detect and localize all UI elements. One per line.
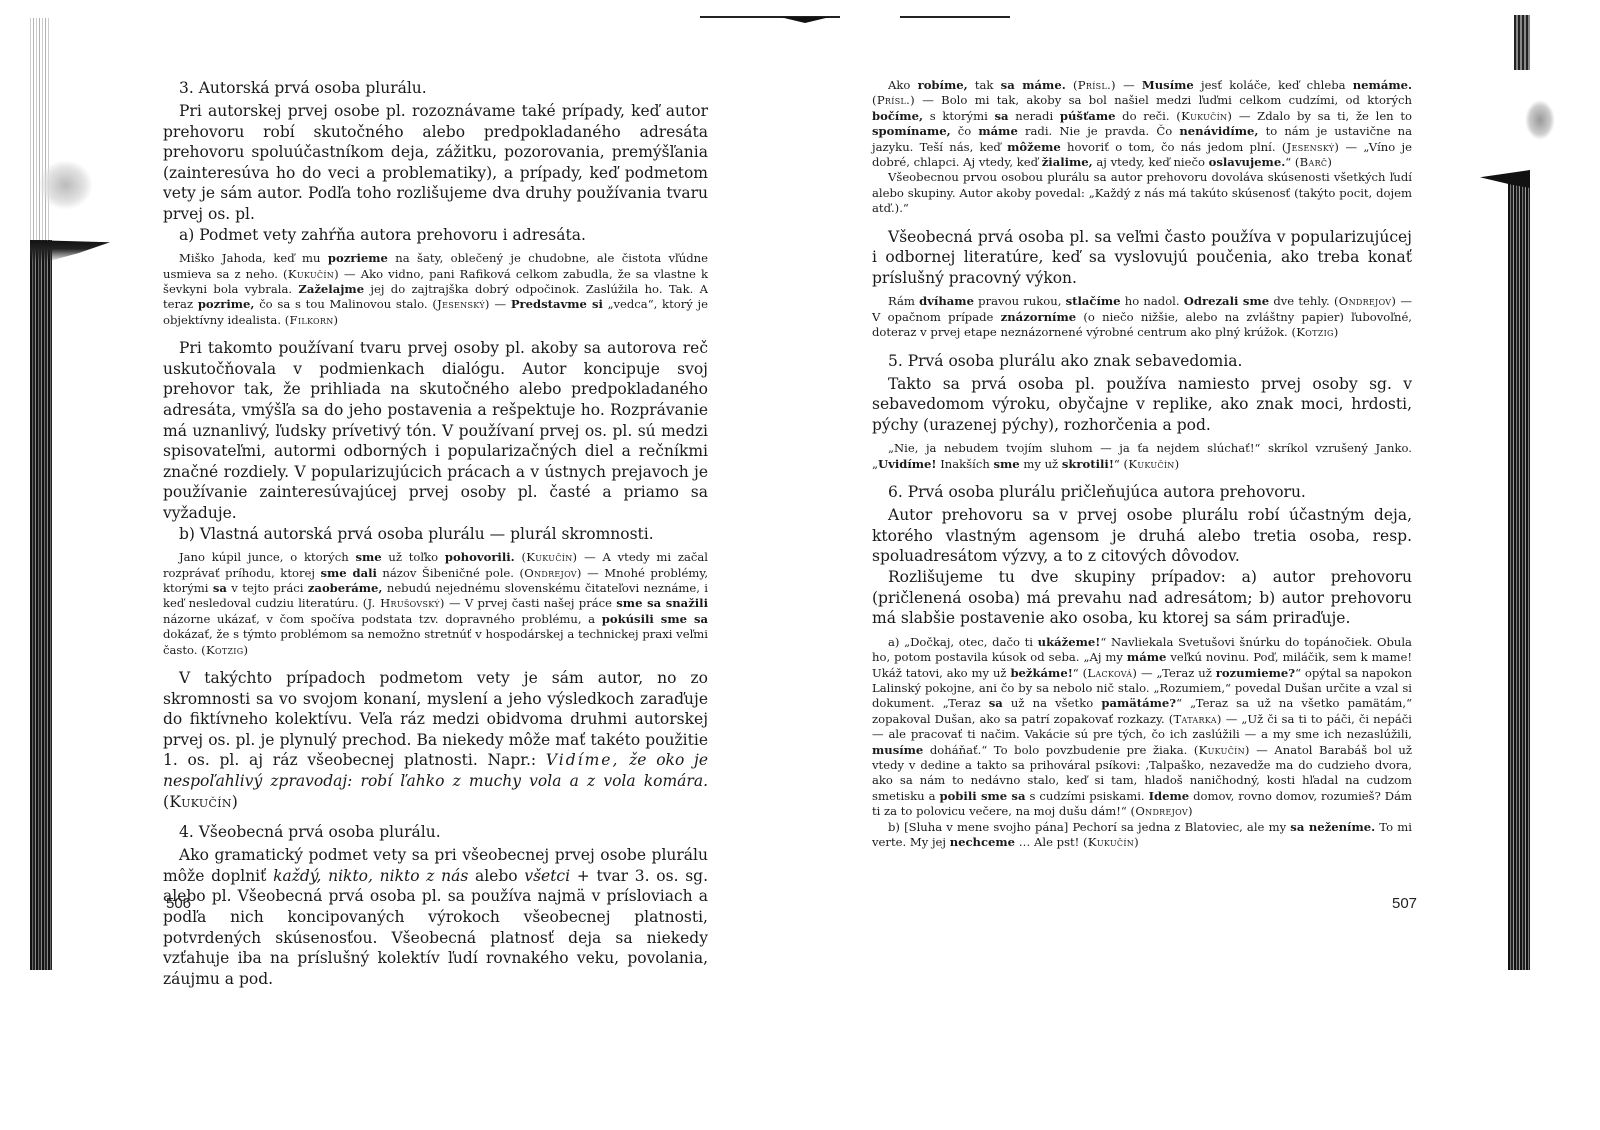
section-3-heading: 3. Autorská prvá osoba plurálu. <box>163 78 708 98</box>
section-3b-subheading: b) Vlastná autorská prvá osoba plurálu —… <box>163 524 708 545</box>
left-page: 3. Autorská prvá osoba plurálu. Pri auto… <box>163 78 708 989</box>
source-citation: (J. Hrušovský) <box>363 596 445 610</box>
section-4-paragraph-2: Všeobecná prvá osoba pl. sa veľmi často … <box>872 227 1412 289</box>
example-block-4: Ako robíme, tak sa máme. (Prísl.) — Musí… <box>872 78 1412 170</box>
section-3-paragraph-1: Pri autorskej prvej osobe pl. rozoznávam… <box>163 101 708 225</box>
section-6-paragraph-1: Autor prehovoru sa v prvej osobe plurálu… <box>872 505 1412 567</box>
scan-edge-right-top <box>1514 15 1530 70</box>
scan-flare-left <box>30 240 110 262</box>
section-3-paragraph-2: Pri takomto používaní tvaru prvej osoby … <box>163 338 708 523</box>
section-6-heading: 6. Prvá osoba plurálu pričleňujúca autor… <box>872 482 1412 502</box>
example-block-6a: a) „Dočkaj, otec, dačo ti ukážeme!“ Navl… <box>872 635 1412 820</box>
page-number-left: 506 <box>166 895 191 912</box>
section-5-heading: 5. Prvá osoba plurálu ako znak sebavedom… <box>872 351 1412 371</box>
example-block-5: „Nie, ja nebudem tvojím sluhom — ja ťa n… <box>872 441 1412 472</box>
section-5-paragraph-1: Takto sa prvá osoba pl. používa namiesto… <box>872 374 1412 436</box>
gutter-notch <box>780 17 830 23</box>
section-4-heading: 4. Všeobecná prvá osoba plurálu. <box>163 822 708 842</box>
source-citation: (Kukučín) <box>521 550 577 564</box>
scan-binding-shadow-left <box>30 240 52 970</box>
scan-smudge-left <box>38 160 93 210</box>
page-number-right: 507 <box>1392 895 1417 912</box>
source-citation: (Ondrejov) <box>519 566 581 580</box>
source-citation: (Kukučín) <box>283 267 339 281</box>
source-citation: (Kotzig) <box>201 643 248 657</box>
source-citation: (Kukučín) <box>163 793 238 811</box>
example-block-3b: Jano kúpil junce, o ktorých sme už toľko… <box>163 550 708 658</box>
example-block-6b: b) [Sluha v mene svojho pána] Pechorí sa… <box>872 820 1412 851</box>
scan-flare-right <box>1480 170 1530 188</box>
section-3a-subheading: a) Podmet vety zahŕňa autora prehovoru i… <box>163 225 708 246</box>
section-4-paragraph-1: Ako gramatický podmet vety sa pri všeobe… <box>163 845 708 989</box>
section-6-paragraph-2: Rozlišujeme tu dve skupiny prípadov: a) … <box>872 567 1412 629</box>
gutter-line-right <box>900 16 1010 18</box>
example-note-4: Všeobecnou prvou osobou plurálu sa autor… <box>872 170 1412 216</box>
right-page: Ako robíme, tak sa máme. (Prísl.) — Musí… <box>872 78 1412 851</box>
scan-smudge-right <box>1525 100 1555 140</box>
section-3-paragraph-3: V takýchto prípadoch podmetom vety je sá… <box>163 668 708 812</box>
source-citation: (Jesenský) <box>432 297 489 311</box>
source-citation: (Filkorn) <box>285 313 339 327</box>
example-block-3a: Miško Jahoda, keď mu pozrieme na šaty, o… <box>163 251 708 328</box>
example-block-4b: Rám dvíhame pravou rukou, stlačíme ho na… <box>872 294 1412 340</box>
